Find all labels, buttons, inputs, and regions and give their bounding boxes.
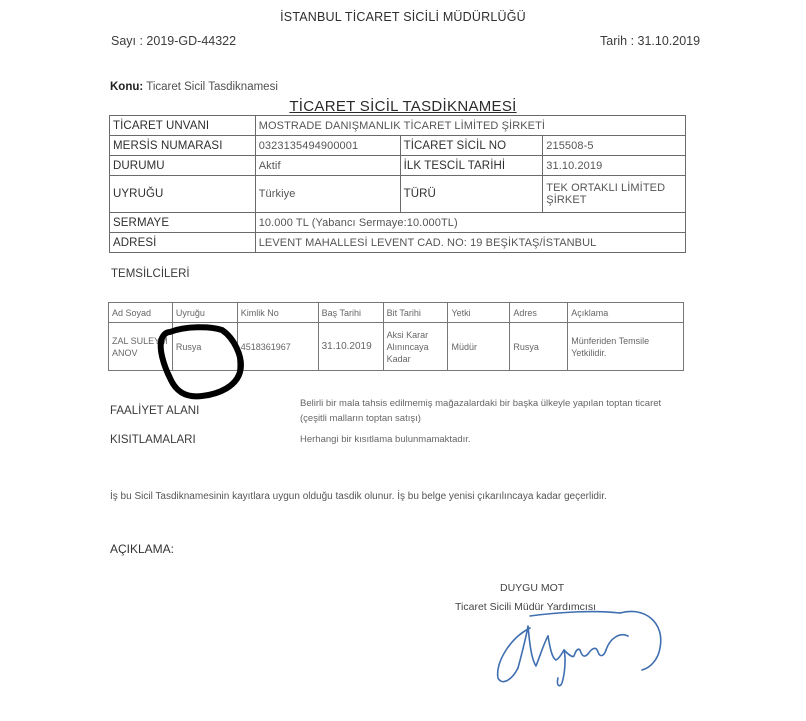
table-row: ADRESİ LEVENT MAHALLESİ LEVENT CAD. NO: … — [110, 233, 686, 253]
rep-description: Münferiden Temsile Yetkilidir. — [568, 323, 684, 371]
mersis-label: MERSİS NUMARASI — [110, 136, 256, 156]
type-value: TEK ORTAKLI LİMİTED ŞİRKET — [543, 176, 686, 213]
office-title: İSTANBUL TİCARET SİCİLİ MÜDÜRLÜĞÜ — [0, 10, 806, 24]
table-row: DURUMU Aktif İLK TESCİL TARİHİ 31.10.201… — [110, 156, 686, 176]
capital-value: 10.000 TL (Yabancı Sermaye:10.000TL) — [255, 213, 685, 233]
capital-label: SERMAYE — [110, 213, 256, 233]
activity-value: Belirli bir mala tahsis edilmemiş mağaza… — [300, 396, 685, 426]
nationality-label: UYRUĞU — [110, 176, 256, 213]
document-title: TİCARET SİCİL TASDİKNAMESİ — [0, 98, 806, 115]
mersis-value: 0323135494900001 — [255, 136, 400, 156]
rep-start-date: 31.10.2019 — [318, 323, 383, 371]
representatives-heading: TEMSİLCİLERİ — [111, 268, 190, 280]
explanation-label: AÇIKLAMA: — [110, 542, 174, 556]
column-header: Adres — [510, 303, 568, 323]
registry-no-label: TİCARET SİCİL NO — [400, 136, 543, 156]
status-value: Aktif — [255, 156, 400, 176]
status-label: DURUMU — [110, 156, 256, 176]
registration-date-label: İLK TESCİL TARİHİ — [400, 156, 543, 176]
document-date: Tarih : 31.10.2019 — [600, 34, 700, 48]
table-row: MERSİS NUMARASI 0323135494900001 TİCARET… — [110, 136, 686, 156]
type-label: TÜRÜ — [400, 176, 543, 213]
signatory-name: DUYGU MOT — [500, 582, 564, 594]
registration-date-value: 31.10.2019 — [543, 156, 686, 176]
column-header: Yetki — [448, 303, 510, 323]
registry-no-value: 215508-5 — [543, 136, 686, 156]
certification-statement: İş bu Sicil Tasdiknamesinin kayıtlara uy… — [110, 488, 670, 506]
nationality-value: Türkiye — [255, 176, 400, 213]
rep-address: Rusya — [510, 323, 568, 371]
address-value: LEVENT MAHALLESİ LEVENT CAD. NO: 19 BEŞİ… — [255, 233, 685, 253]
table-row: SERMAYE 10.000 TL (Yabancı Sermaye:10.00… — [110, 213, 686, 233]
trade-name-label: TİCARET UNVANI — [110, 116, 256, 136]
column-header: Açıklama — [568, 303, 684, 323]
company-info-table: TİCARET UNVANI MOSTRADE DANIŞMANLIK TİCA… — [109, 115, 686, 253]
table-row: UYRUĞU Türkiye TÜRÜ TEK ORTAKLI LİMİTED … — [110, 176, 686, 213]
subject-line: Konu: Ticaret Sicil Tasdiknamesi — [110, 81, 278, 93]
address-label: ADRESİ — [110, 233, 256, 253]
restrictions-value: Herhangi bir kısıtlama bulunmamaktadır. — [300, 432, 471, 447]
subject-label: Konu: — [110, 81, 143, 93]
rep-authority: Müdür — [448, 323, 510, 371]
activity-label: FAALİYET ALANI — [110, 405, 199, 417]
column-header: Bit Tarihi — [383, 303, 448, 323]
table-row: TİCARET UNVANI MOSTRADE DANIŞMANLIK TİCA… — [110, 116, 686, 136]
document-number: Sayı : 2019-GD-44322 — [111, 34, 236, 48]
hand-drawn-circle-annotation — [150, 320, 250, 404]
signature-icon — [470, 598, 670, 693]
restrictions-label: KISITLAMALARI — [110, 434, 196, 446]
trade-name-value: MOSTRADE DANIŞMANLIK TİCARET LİMİTED ŞİR… — [255, 116, 685, 136]
column-header: Baş Tarihi — [318, 303, 383, 323]
rep-end-date: Aksi Karar Alınıncaya Kadar — [383, 323, 448, 371]
subject-value: Ticaret Sicil Tasdiknamesi — [146, 81, 278, 93]
